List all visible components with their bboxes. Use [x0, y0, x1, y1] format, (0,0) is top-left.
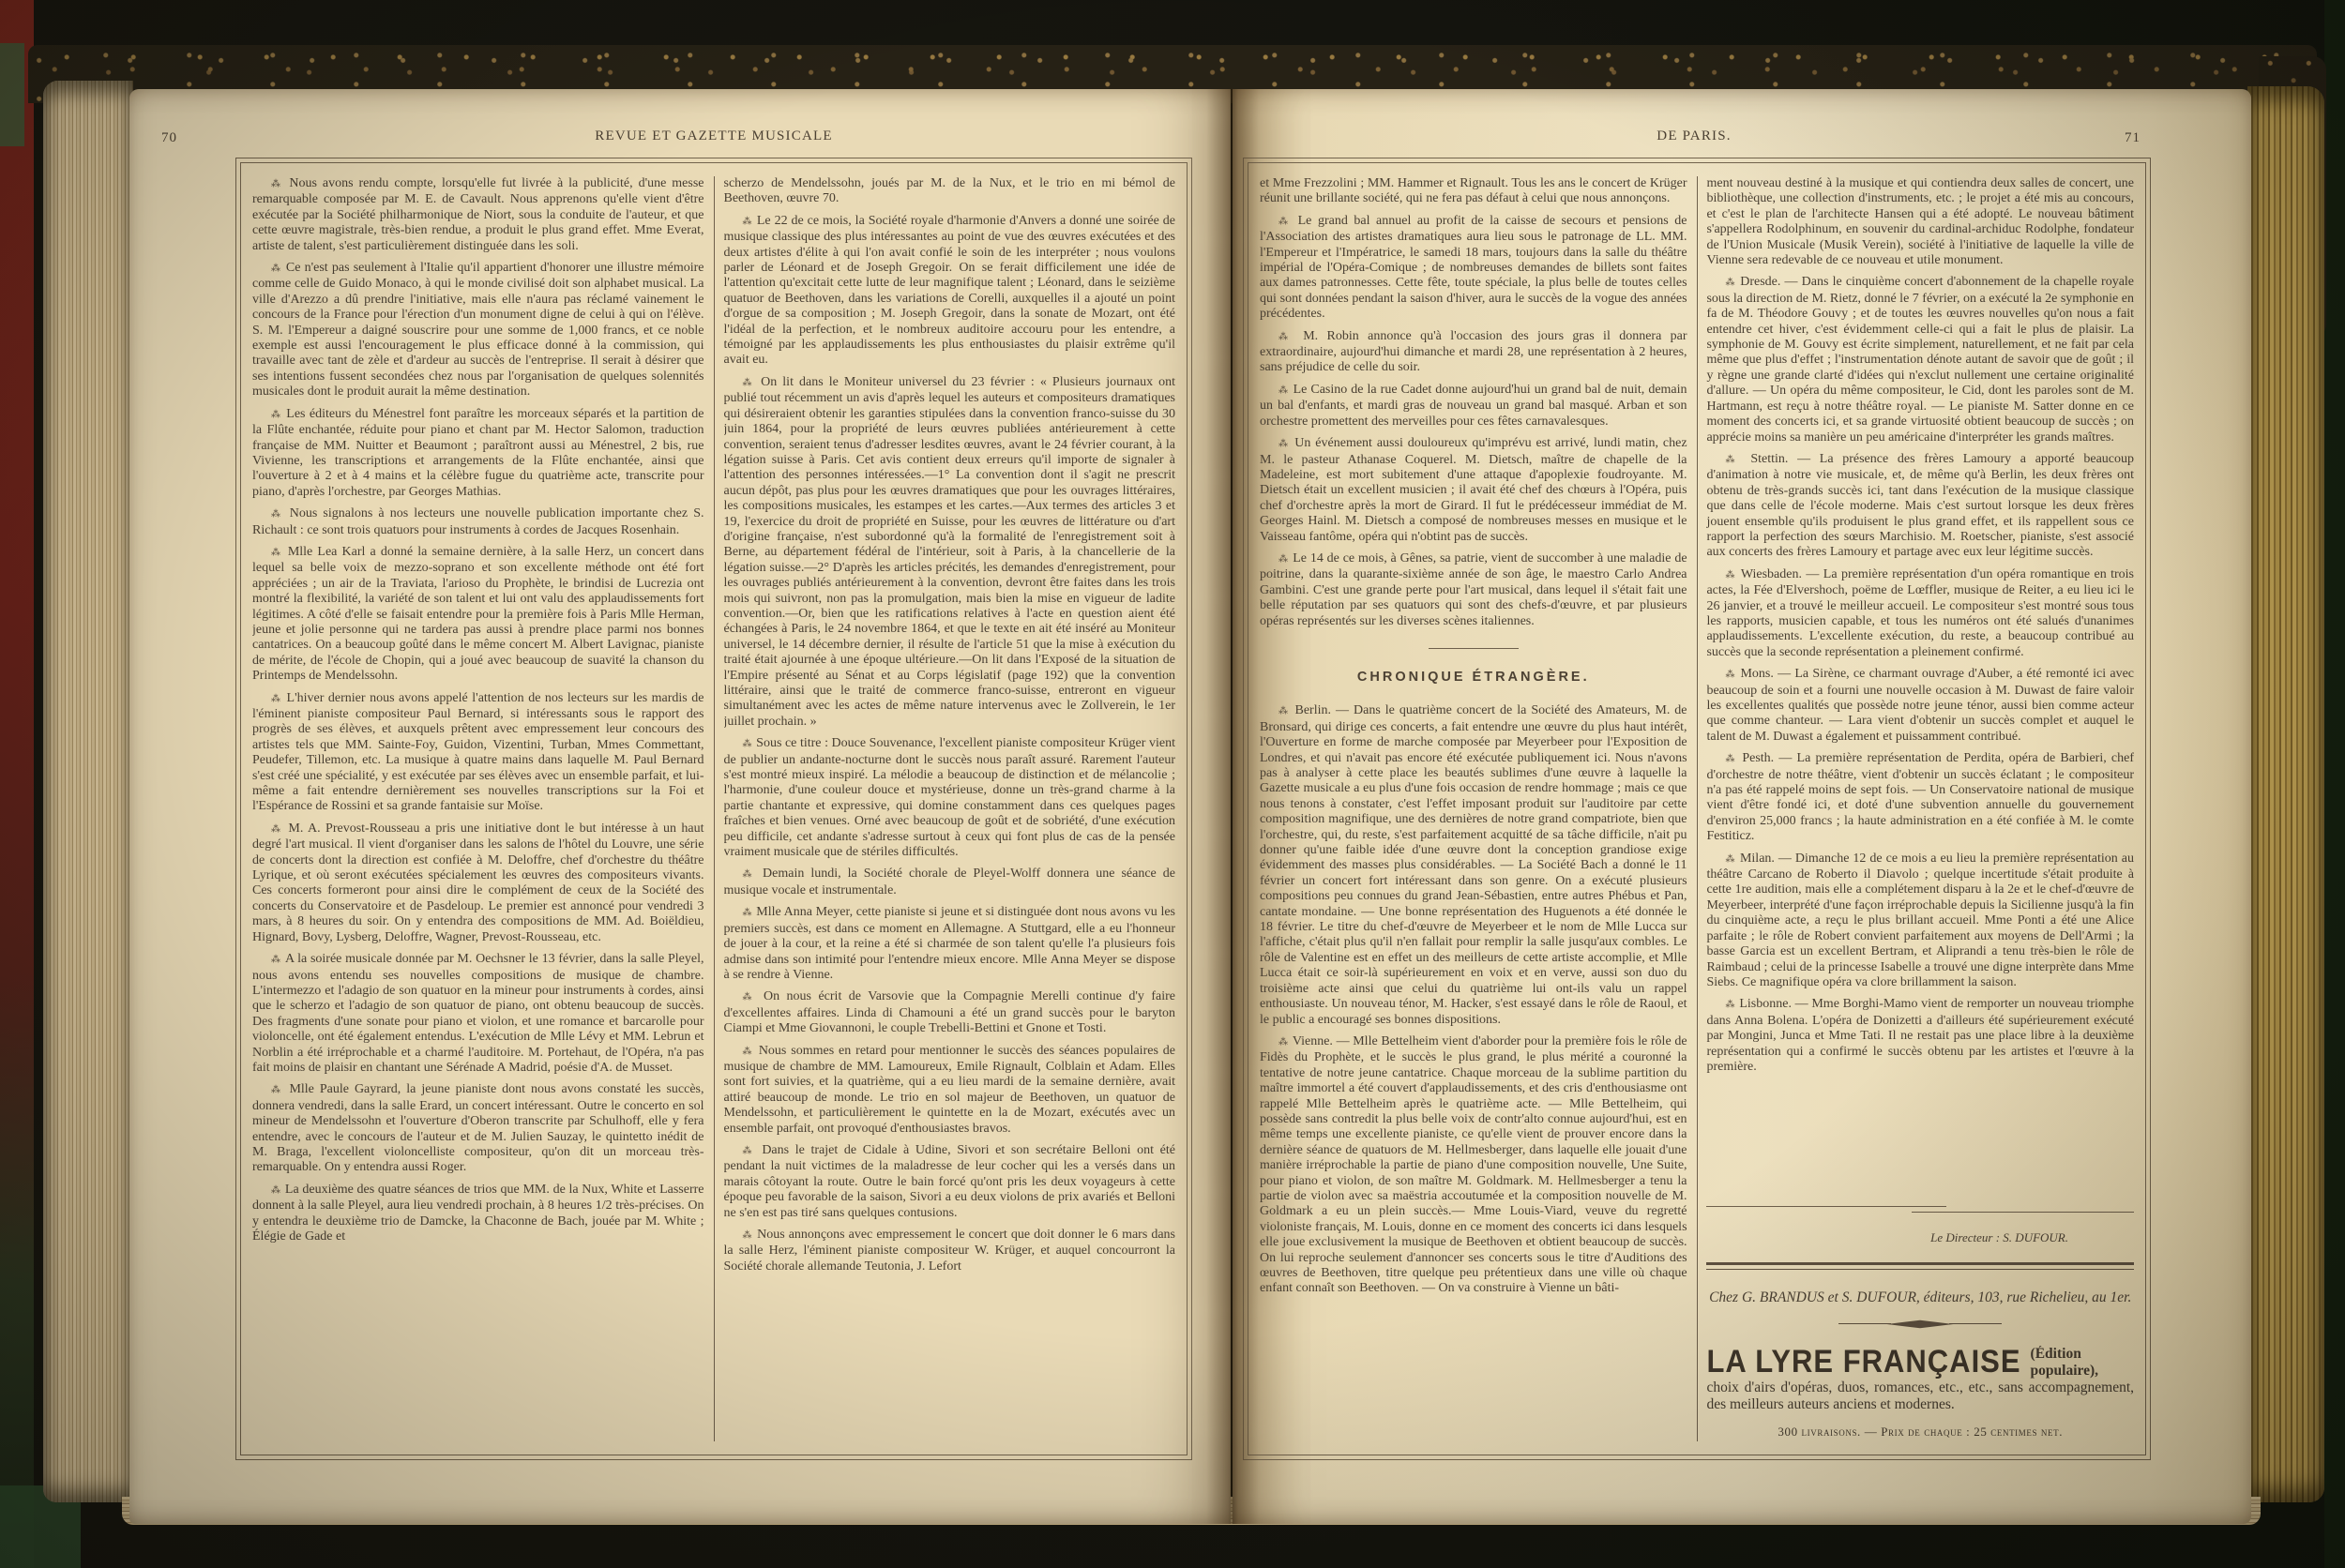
ad-text: choix d'airs d'opéras, duos, romances, e… — [1706, 1380, 2134, 1412]
green-felt-corner-top-left — [0, 43, 24, 146]
paragraph: Berlin. — Dans le quatrième concert de l… — [1260, 703, 1687, 1028]
paragraph: Le 14 de ce mois, à Gênes, sa patrie, vi… — [1260, 551, 1687, 629]
paragraph: L'hiver dernier nous avons appelé l'atte… — [252, 691, 704, 815]
paragraph: Dresde. — Dans le cinquième concert d'ab… — [1706, 275, 2134, 445]
lens-ornament — [1706, 1319, 2134, 1329]
left-page-frame: Nous avons rendu compte, lorsqu'elle fut… — [240, 162, 1188, 1455]
paragraph: Mlle Anna Meyer, cette pianiste si jeune… — [724, 905, 1176, 983]
background-right-strip — [2324, 0, 2345, 1568]
paragraph: Stettin. — La présence des frères Lamour… — [1706, 452, 2134, 561]
paragraph: Wiesbaden. — La première représentation … — [1706, 567, 2134, 660]
left-page: 70 REVUE ET GAZETTE MUSICALE Nous avons … — [129, 89, 1231, 1524]
paragraph: Le Casino de la rue Cadet donne aujourd'… — [1260, 383, 1687, 430]
signature-rule — [1706, 1206, 2134, 1217]
paragraph: scherzo de Mendelssohn, joués par M. de … — [724, 176, 1176, 207]
paragraph: Le grand bal annuel au profit de la cais… — [1260, 214, 1687, 323]
publisher-line: Chez G. BRANDUS et S. DUFOUR, éditeurs, … — [1706, 1290, 2134, 1305]
left-page-column-2: scherzo de Mendelssohn, joués par M. de … — [724, 176, 1176, 1440]
running-head-left: REVUE ET GAZETTE MUSICALE — [240, 128, 1188, 144]
paragraph: On nous écrit de Varsovie que la Compagn… — [724, 989, 1176, 1036]
paragraph: Vienne. — Mlle Bettelheim vient d'aborde… — [1260, 1034, 1687, 1297]
gilt-fore-edge-right — [2247, 86, 2324, 1502]
paragraph: Nous avons rendu compte, lorsqu'elle fut… — [252, 176, 704, 254]
paragraph: La deuxième des quatre séances de trios … — [252, 1183, 704, 1245]
paragraph: Mlle Paule Gayrard, la jeune pianiste do… — [252, 1082, 704, 1175]
paragraph: M. A. Prevost-Rousseau a pris une initia… — [252, 822, 704, 945]
right-page-column-2-text: ment nouveau destiné à la musique et qui… — [1706, 176, 2134, 1081]
paragraph: A la soirée musicale donnée par M. Oechs… — [252, 952, 704, 1076]
left-page-column-1: Nous avons rendu compte, lorsqu'elle fut… — [252, 176, 704, 1440]
book-spine-edge — [0, 0, 34, 1568]
paragraph: Mlle Lea Karl a donné la semaine dernièr… — [252, 545, 704, 685]
paragraph: Nous annonçons avec empressement le conc… — [724, 1228, 1176, 1274]
paragraph: et Mme Frezzolini ; MM. Hammer et Rignau… — [1260, 176, 1687, 207]
paragraph: Le 22 de ce mois, la Société royale d'ha… — [724, 214, 1176, 369]
right-page-column-1: et Mme Frezzolini ; MM. Hammer et Rignau… — [1260, 176, 1687, 1440]
paragraph: Nous sommes en retard pour mentionner le… — [724, 1044, 1176, 1137]
paragraph: Sous ce titre : Douce Souvenance, l'exce… — [724, 736, 1176, 860]
section-rule — [1429, 648, 1519, 649]
book-spread-photo: 70 REVUE ET GAZETTE MUSICALE Nous avons … — [0, 0, 2345, 1568]
running-head-right: DE PARIS. — [1248, 128, 2141, 144]
ad-price-line: 300 livraisons. — Prix de chaque : 25 ce… — [1706, 1425, 2134, 1440]
paragraph: Pesth. — La première représentation de P… — [1706, 751, 2134, 844]
ornament-bar-right — [1949, 1323, 2002, 1324]
paragraph: Nous signalons à nos lecteurs une nouvel… — [252, 506, 704, 538]
right-page-frame: et Mme Frezzolini ; MM. Hammer et Rignau… — [1248, 162, 2146, 1455]
page-footer: Le Directeur : S. DUFOUR. Chez G. BRANDU… — [1706, 1197, 2134, 1440]
paragraph: Les éditeurs du Ménestrel font paraître … — [252, 407, 704, 500]
ad-title: LA LYRE FRANÇAISE — [1706, 1346, 2020, 1378]
paragraph: Demain lundi, la Société chorale de Pley… — [724, 867, 1176, 898]
page-number-left: 70 — [161, 130, 177, 146]
paragraph: ment nouveau destiné à la musique et qui… — [1706, 176, 2134, 268]
section-divider-rule — [1706, 1262, 2134, 1270]
book-gutter-shadow — [1206, 89, 1259, 1524]
paragraph: Lisbonne. — Mme Borghi-Mamo vient de rem… — [1706, 997, 2134, 1075]
paragraph: M. Robin annonce qu'à l'occasion des jou… — [1260, 329, 1687, 376]
ad-edition-label: (Édition populaire), — [2031, 1346, 2099, 1379]
column-rule — [714, 176, 715, 1441]
right-page-column-2: ment nouveau destiné à la musique et qui… — [1706, 176, 2134, 1440]
section-heading: CHRONIQUE ÉTRANGÈRE. — [1260, 670, 1687, 685]
paragraph: Ce n'est pas seulement à l'Italie qu'il … — [252, 261, 704, 400]
right-page: 71 DE PARIS. et Mme Frezzolini ; MM. Ham… — [1233, 89, 2251, 1524]
paragraph: Dans le trajet de Cidale à Udine, Sivori… — [724, 1143, 1176, 1221]
paragraph: Milan. — Dimanche 12 de ce mois a eu lie… — [1706, 852, 2134, 991]
column-rule — [1697, 176, 1698, 1441]
director-signature: Le Directeur : S. DUFOUR. — [1706, 1230, 2134, 1245]
paragraph: Mons. — La Sirène, ce charmant ouvrage d… — [1706, 667, 2134, 745]
advertisement: LA LYRE FRANÇAISE (Édition populaire), c… — [1706, 1346, 2134, 1413]
paragraph: On lit dans le Moniteur universel du 23 … — [724, 375, 1176, 730]
page-edges-left — [43, 81, 133, 1502]
paragraph: Un événement aussi douloureux qu'imprévu… — [1260, 436, 1687, 545]
ornament-lens — [1887, 1319, 1954, 1327]
